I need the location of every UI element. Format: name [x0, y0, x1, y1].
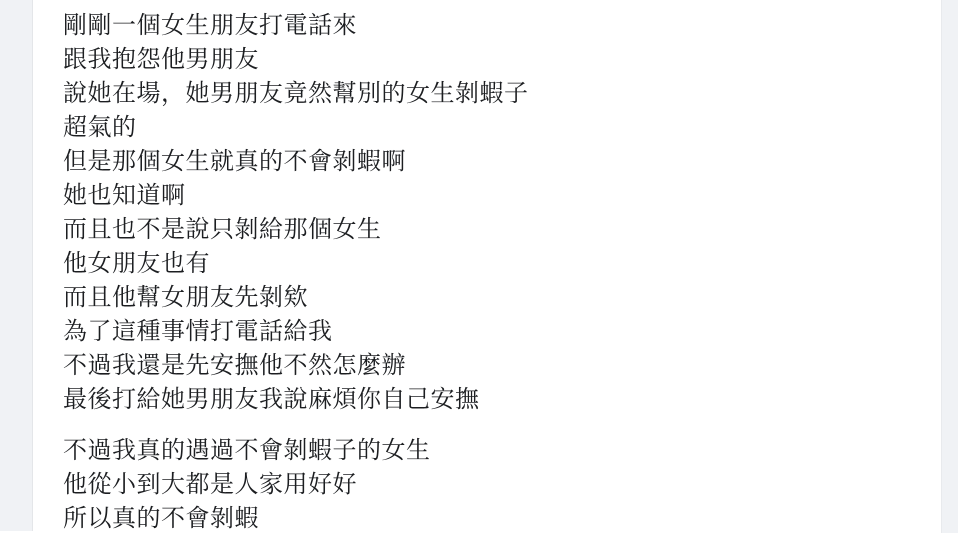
page-gutter-left: [0, 0, 33, 531]
post-text-line: 剛剛一個女生朋友打電話來: [63, 9, 928, 43]
post-body: 剛剛一個女生朋友打電話來 跟我抱怨他男朋友 說她在場，她男朋友竟然幫別的女生剝蝦…: [63, 9, 928, 536]
post-text-line: 不過我真的遇過不會剝蝦子的女生: [63, 434, 928, 468]
post-paragraph: 不過我真的遇過不會剝蝦子的女生 他從小到大都是人家用好好 所以真的不會剝蝦: [63, 434, 928, 536]
post-paragraph: 剛剛一個女生朋友打電話來 跟我抱怨他男朋友 說她在場，她男朋友竟然幫別的女生剝蝦…: [63, 9, 928, 417]
post-text-line: 但是那個女生就真的不會剝蝦啊: [63, 145, 928, 179]
post-text-line: 而且他幫女朋友先剝欸: [63, 281, 928, 315]
post-text-line: 他女朋友也有: [63, 247, 928, 281]
post-text-line: 跟我抱怨他男朋友: [63, 43, 928, 77]
post-text-line: 超氣的: [63, 111, 928, 145]
page: 剛剛一個女生朋友打電話來 跟我抱怨他男朋友 說她在場，她男朋友竟然幫別的女生剝蝦…: [0, 0, 958, 539]
post-text-line: 最後打給她男朋友我說麻煩你自己安撫: [63, 383, 928, 417]
scrollbar-track[interactable]: [941, 0, 958, 533]
post-text-line: 為了這種事情打電話給我: [63, 315, 928, 349]
post-text-line: 而且也不是說只剝給那個女生: [63, 213, 928, 247]
post-text-line: 不過我還是先安撫他不然怎麼辦: [63, 349, 928, 383]
post-text-line: 所以真的不會剝蝦: [63, 502, 928, 536]
post-text-line: 她也知道啊: [63, 179, 928, 213]
post-text-line: 說她在場，她男朋友竟然幫別的女生剝蝦子: [63, 77, 928, 111]
post-text-line: 他從小到大都是人家用好好: [63, 468, 928, 502]
